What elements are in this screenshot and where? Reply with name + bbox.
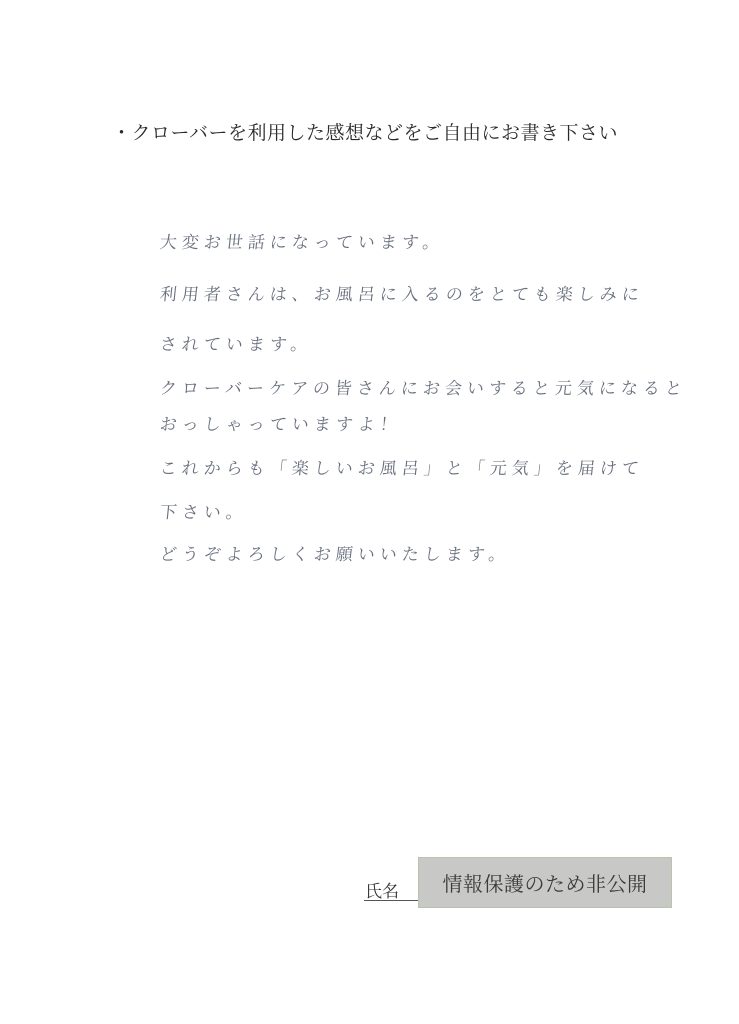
- redacted-name-box: 情報保護のため非公開: [418, 857, 672, 908]
- response-line: 下さい。: [159, 498, 250, 523]
- question-prompt: ・クローバーを利用した感想などをご自由にお書き下さい: [112, 118, 618, 145]
- response-line: されています。: [159, 330, 314, 355]
- name-underline: [364, 900, 420, 901]
- response-line: 大変お世話になっています。: [159, 228, 446, 253]
- response-line: これからも「楽しいお風呂」と「元気」を届けて: [159, 454, 646, 479]
- response-line: どうぞよろしくお願いいたします。: [159, 540, 512, 565]
- name-label: 氏名: [365, 877, 399, 902]
- response-line: クローバーケアの皆さんにお会いすると元気になると: [159, 374, 689, 399]
- response-line: 利用者さんは、お風呂に入るのをとても楽しみに: [159, 280, 646, 305]
- response-line: おっしゃっていますよ！: [159, 410, 404, 435]
